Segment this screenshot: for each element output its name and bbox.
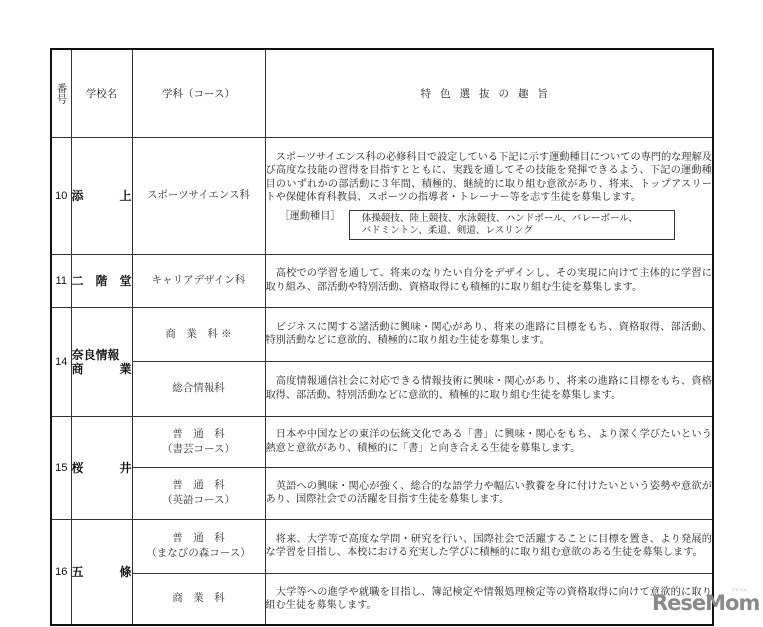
dept-name: 普 通 科（書芸コース） [132,416,265,467]
row-number: 10 [51,137,71,254]
dept-name: 普 通 科（英語コース） [132,467,265,519]
dept-name: スポーツサイエンス科 [132,137,265,254]
table-row: 15 桜井 普 通 科（書芸コース） 日本や中国などの東洋の伝統文化である「書」… [51,416,713,467]
school-name: 五條 [71,519,132,625]
row-number: 11 [51,254,71,307]
description: 高度情報通信社会に対応できる情報技術に興味・関心があり、将来の進路に目標をもち、… [265,361,713,416]
school-name: 桜井 [71,416,132,519]
header-description: 特色選抜の趣旨 [265,49,713,137]
school-name: 添上 [71,137,132,254]
description: 英語への興味・関心が強く、総合的な語学力や幅広い教養を身に付けたいという姿勢や意… [265,467,713,519]
header-school: 学校名 [71,49,132,137]
school-name: 二階堂 [71,254,132,307]
description: 高校での学習を通して、将来のなりたい自分をデザインし、その実現に向けて主体的に学… [265,254,713,307]
table-subrow: 普 通 科（英語コース） 英語への興味・関心が強く、総合的な語学力や幅広い教養を… [51,467,713,519]
dept-name: 総合情報科 [132,361,265,416]
table-subrow: 総合情報科 高度情報通信社会に対応できる情報技術に興味・関心があり、将来の進路に… [51,361,713,416]
description: 日本や中国などの東洋の伝統文化である「書」に興味・関心をもち、より深く学びたいと… [265,416,713,467]
table-row: 11 二階堂 キャリアデザイン科 高校での学習を通して、将来のなりたい自分をデザ… [51,254,713,307]
row-number: 16 [51,519,71,625]
description: ビジネスに関する諸活動に興味・関心があり、将来の進路に目標をもち、資格取得、部活… [265,307,713,361]
resemom-logo: ReseMom [652,591,759,615]
dept-name: 普 通 科（まなびの森コース） [132,519,265,573]
row-number: 14 [51,307,71,416]
special-selection-table: 番号 学校名 学科（コース） 特色選抜の趣旨 10 添上 スポーツサイエンス科 … [50,48,714,626]
table-row: 14 奈良情報 商業 商 業 科 ※ ビジネスに関する諸活動に興味・関心があり、… [51,307,713,361]
school-name: 奈良情報 商業 [71,307,132,416]
description: スポーツサイエンス科の必修科目で設定している下記に示す運動種目についての専門的な… [265,137,713,254]
header-row: 番号 学校名 学科（コース） 特色選抜の趣旨 [51,49,713,137]
sports-box: 体操競技、陸上競技、水泳競技、ハンドボール、バレーボール、 バドミントン、柔道、… [349,210,675,240]
description: 大学等への進学や就職を目指し、簿記検定や情報処理検定等の資格取得に向けて意欲的に… [265,573,713,625]
description: 将来、大学等で高度な学問・研究を行い、国際社会で活躍することに目標を置き、より発… [265,519,713,573]
header-no: 番号 [51,49,71,137]
table-subrow: 商 業 科 大学等への進学や就職を目指し、簿記検定や情報処理検定等の資格取得に向… [51,573,713,625]
dept-name: 商 業 科 ※ [132,307,265,361]
dept-name: キャリアデザイン科 [132,254,265,307]
table-row: 16 五條 普 通 科（まなびの森コース） 将来、大学等で高度な学問・研究を行い… [51,519,713,573]
table-row: 10 添上 スポーツサイエンス科 スポーツサイエンス科の必修科目で設定している下… [51,137,713,254]
row-number: 15 [51,416,71,519]
header-dept: 学科（コース） [132,49,265,137]
sports-list: ［運動種目］ 体操競技、陸上競技、水泳競技、ハンドボール、バレーボール、 バドミ… [266,210,713,240]
dept-name: 商 業 科 [132,573,265,625]
